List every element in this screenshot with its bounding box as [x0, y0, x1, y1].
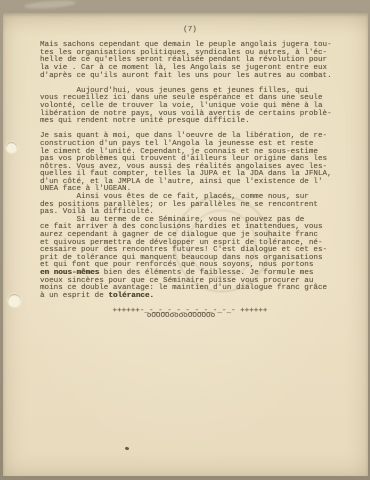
page-number: (7) [40, 27, 340, 35]
scanned-page-background: (7) Mais sachons cependant que demain le… [0, 0, 370, 480]
punch-hole-bottom [8, 294, 21, 307]
paragraph: Mais sachons cependant que demain le peu… [40, 42, 340, 80]
decorative-divider: ++++++-_-_-_-_-_-_-_-_-_-_- ++++++ oOOOO… [40, 308, 340, 321]
document-page: (7) Mais sachons cependant que demain le… [3, 13, 368, 476]
text-line: d'après ce qu'ils auront fait les uns po… [40, 73, 340, 81]
divider-line-2: oOOOOooooOOOOOo [31, 313, 331, 320]
typewritten-text: (7) Mais sachons cependant que demain le… [3, 13, 368, 320]
text-line: mes qui rendent notre unité presque diff… [40, 118, 340, 126]
scan-smudge [24, 0, 76, 10]
overstruck-text: tolérance. [108, 292, 154, 300]
punch-hole-top [6, 142, 17, 153]
text-line: à un esprit de tolérance. [40, 293, 340, 301]
overstruck-text: en nous-mêmes [40, 269, 99, 277]
paragraph: Je sais quant à moi, que dans l'oeuvre d… [40, 133, 340, 300]
paragraph: Aujourd'hui, vous jeunes gens et jeunes … [40, 88, 340, 126]
